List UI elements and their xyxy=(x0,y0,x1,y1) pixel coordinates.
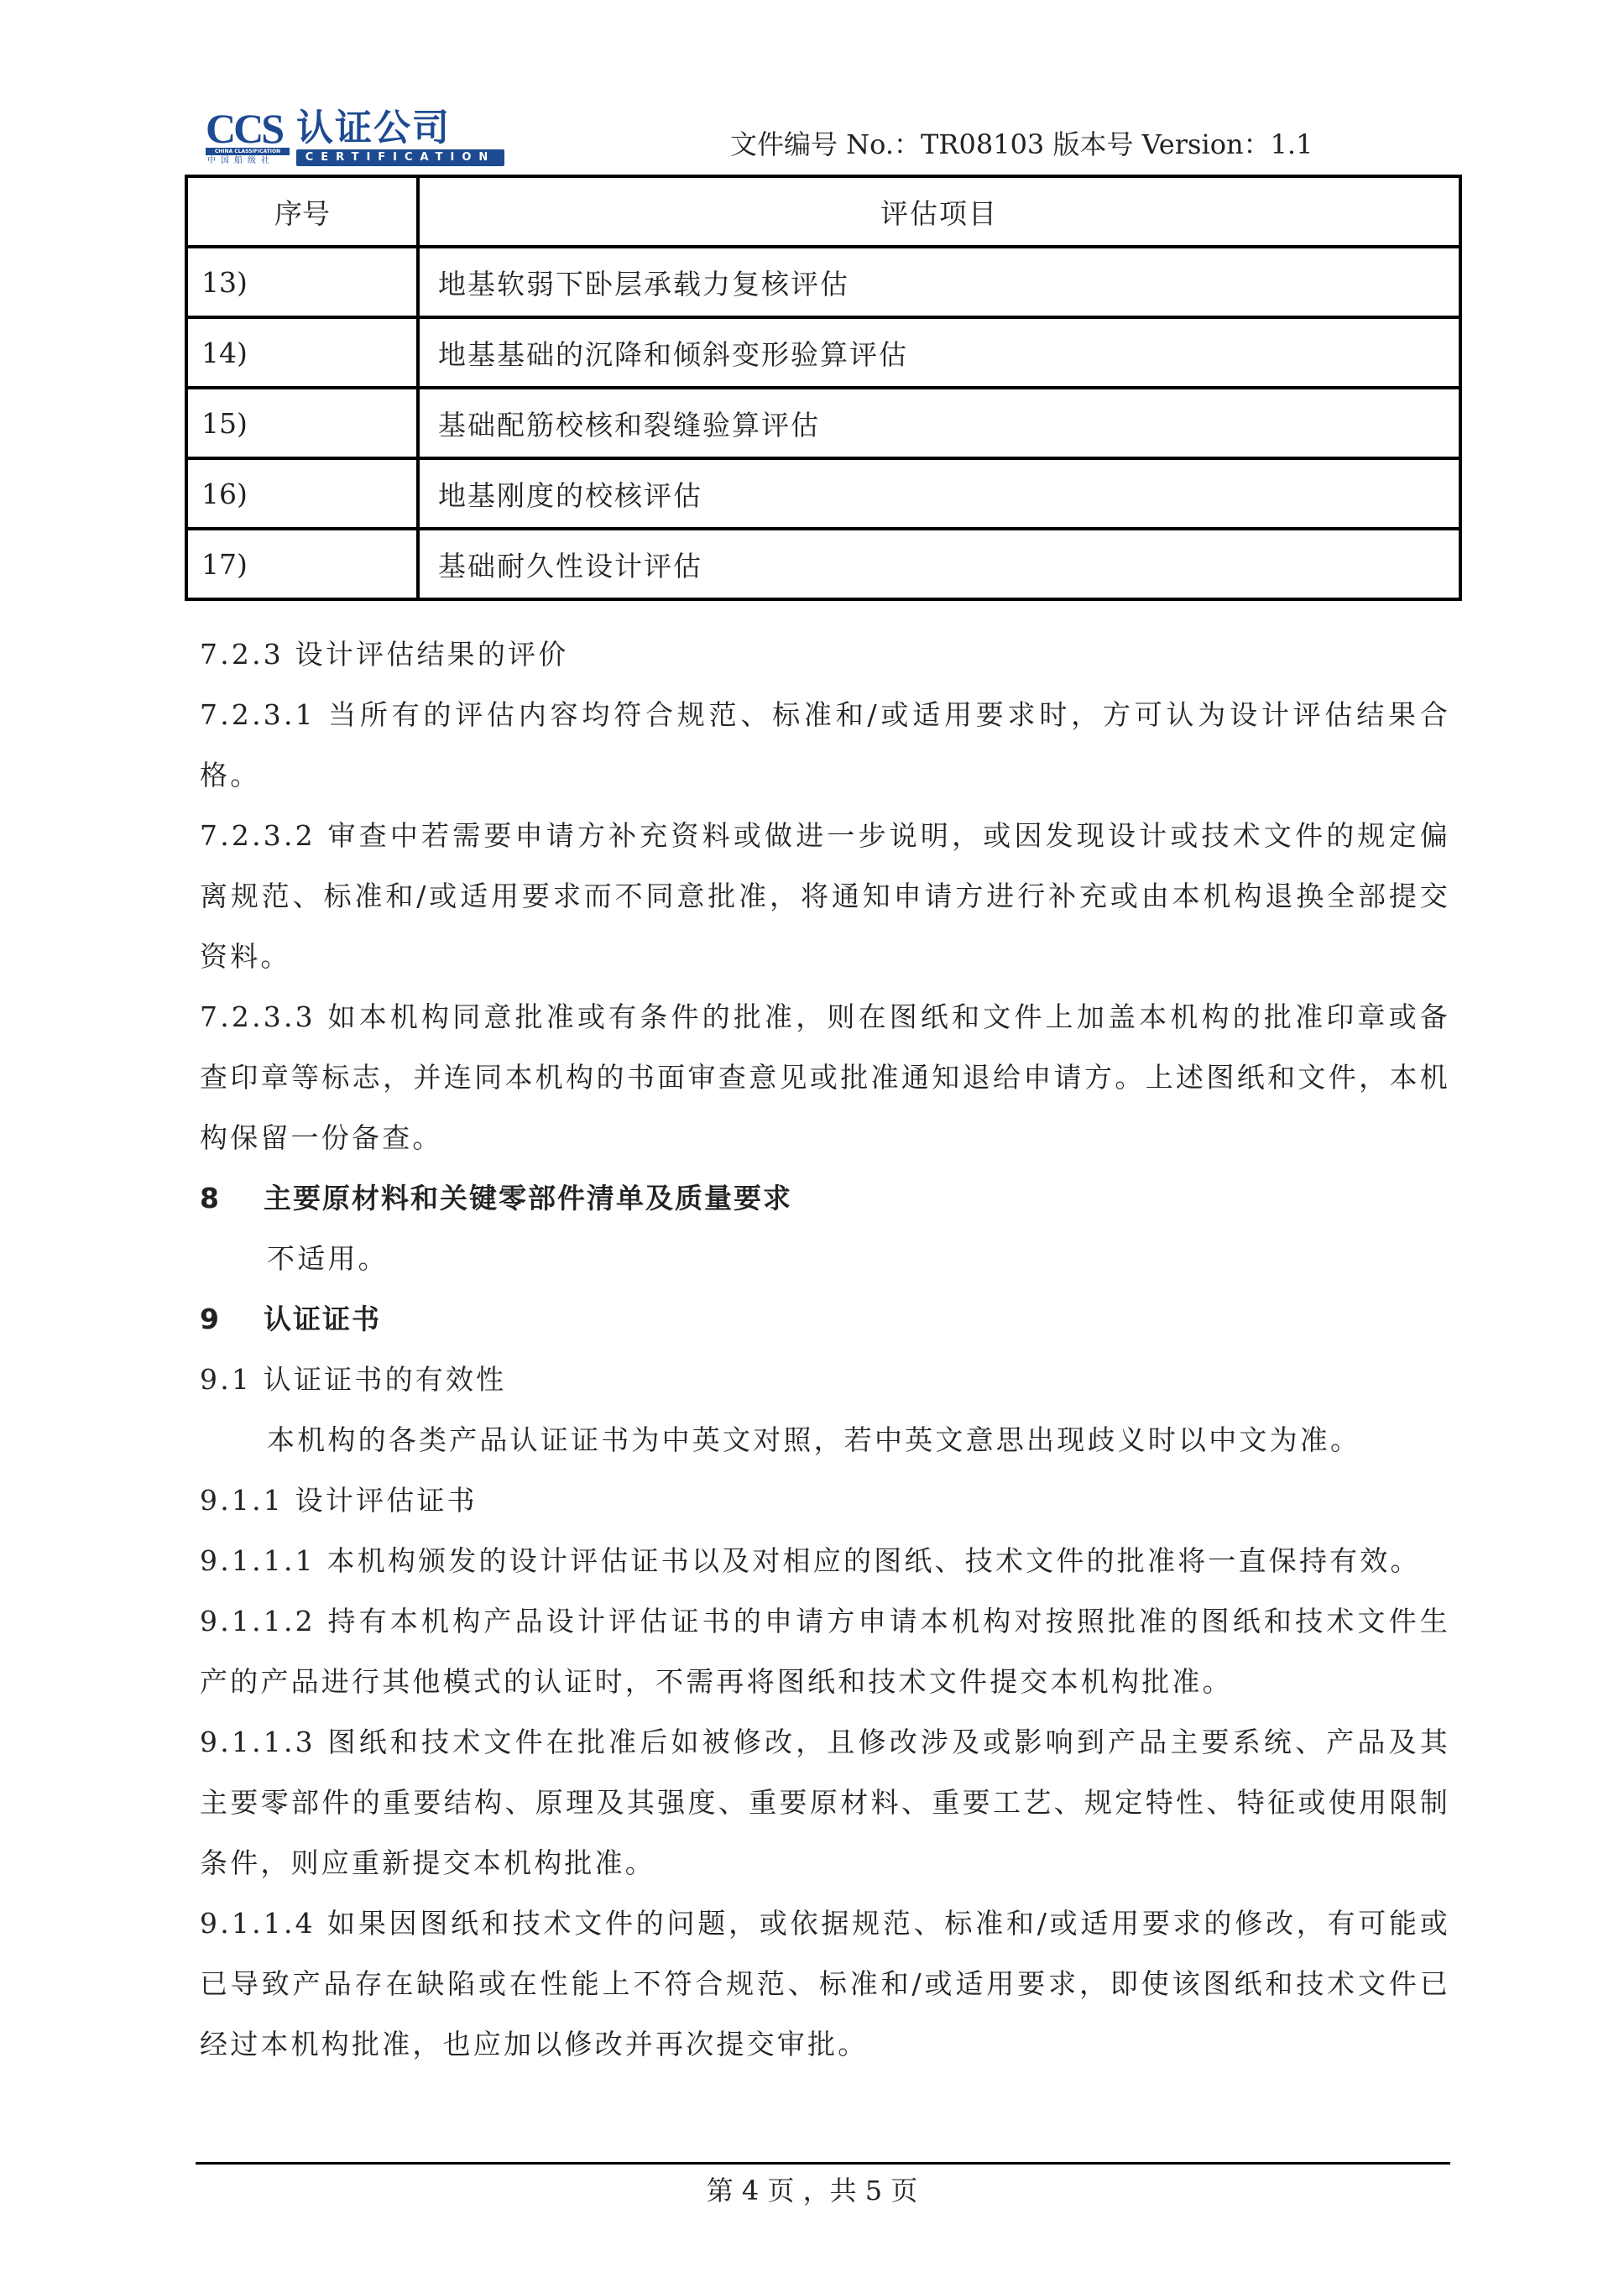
row-item: 地基刚度的校核评估 xyxy=(418,458,1460,529)
page-number: 第 4 页 ，共 5 页 xyxy=(0,2172,1624,2209)
header-evaluation-item: 评估项目 xyxy=(418,176,1460,247)
section-9-title: 认证证书 xyxy=(264,1303,381,1335)
clause-9-1-1-4: 9.1.1.4 如果因图纸和技术文件的问题，或依据规范、标准和/或适用要求的修改… xyxy=(200,1893,1450,2075)
clause-7-2-3-1: 7.2.3.1 当所有的评估内容均符合规范、标准和/或适用要求时，方可认为设计评… xyxy=(200,685,1450,806)
row-number: 13) xyxy=(186,247,418,317)
company-logo: CCS 认证公司 CHINA CLASSIFICATION SOCIETY 中国… xyxy=(206,107,508,166)
clause-9-1-1-1: 9.1.1.1 本机构颁发的设计评估证书以及对相应的图纸、技术文件的批准将一直保… xyxy=(200,1531,1450,1591)
logo-brand-cn: 认证公司 xyxy=(296,107,451,149)
table-row: 13) 地基软弱下卧层承载力复核评估 xyxy=(186,247,1460,317)
section-8-heading: 8主要原材料和关键零部件清单及质量要求 xyxy=(200,1168,1450,1229)
document-body: 7.2.3 设计评估结果的评价 7.2.3.1 当所有的评估内容均符合规范、标准… xyxy=(200,624,1450,2075)
document-number-version: 文件编号 No.：TR08103 版本号 Version：1.1 xyxy=(730,128,1313,161)
section-8-title: 主要原材料和关键零部件清单及质量要求 xyxy=(264,1182,792,1214)
clause-7-2-3-2: 7.2.3.2 审查中若需要申请方补充资料或做进一步说明，或因发现设计或技术文件… xyxy=(200,806,1450,987)
logo-society-en: CHINA CLASSIFICATION SOCIETY xyxy=(206,148,290,155)
clause-7-2-3-3: 7.2.3.3 如本机构同意批准或有条件的批准，则在图纸和文件上加盖本机构的批准… xyxy=(200,987,1450,1168)
header-serial-number: 序号 xyxy=(186,176,418,247)
footer-divider xyxy=(196,2162,1450,2165)
row-item: 基础耐久性设计评估 xyxy=(418,529,1460,599)
section-9-1-1-title: 9.1.1 设计评估证书 xyxy=(200,1470,1450,1531)
row-number: 15) xyxy=(186,388,418,458)
logo-society-cn: 中国船级社 xyxy=(207,156,274,166)
section-9-1-title: 9.1 认证证书的有效性 xyxy=(200,1350,1450,1410)
row-number: 17) xyxy=(186,529,418,599)
section-8-body: 不适用。 xyxy=(200,1229,1450,1289)
evaluation-items-table: 序号 评估项目 13) 地基软弱下卧层承载力复核评估 14) 地基基础的沉降和倾… xyxy=(185,175,1462,601)
row-number: 14) xyxy=(186,317,418,388)
table-row: 17) 基础耐久性设计评估 xyxy=(186,529,1460,599)
clause-9-1-1-2: 9.1.1.2 持有本机构产品设计评估证书的申请方申请本机构对按照批准的图纸和技… xyxy=(200,1591,1450,1712)
section-8-number: 8 xyxy=(200,1168,264,1229)
row-item: 基础配筋校核和裂缝验算评估 xyxy=(418,388,1460,458)
section-9-number: 9 xyxy=(200,1289,264,1350)
table-row: 16) 地基刚度的校核评估 xyxy=(186,458,1460,529)
row-item: 地基基础的沉降和倾斜变形验算评估 xyxy=(418,317,1460,388)
row-item: 地基软弱下卧层承载力复核评估 xyxy=(418,247,1460,317)
logo-ccs-text: CCS xyxy=(206,107,282,149)
logo-certification-banner: CERTIFICATION xyxy=(296,149,504,166)
section-9-heading: 9认证证书 xyxy=(200,1289,1450,1350)
row-number: 16) xyxy=(186,458,418,529)
section-7-2-3-title: 7.2.3 设计评估结果的评价 xyxy=(200,624,1450,685)
clause-9-1-1-3: 9.1.1.3 图纸和技术文件在批准后如被修改，且修改涉及或影响到产品主要系统、… xyxy=(200,1712,1450,1893)
table-row: 14) 地基基础的沉降和倾斜变形验算评估 xyxy=(186,317,1460,388)
section-9-1-body: 本机构的各类产品认证证书为中英文对照，若中英文意思出现歧义时以中文为准。 xyxy=(200,1410,1450,1470)
table-row: 15) 基础配筋校核和裂缝验算评估 xyxy=(186,388,1460,458)
table-header-row: 序号 评估项目 xyxy=(186,176,1460,247)
